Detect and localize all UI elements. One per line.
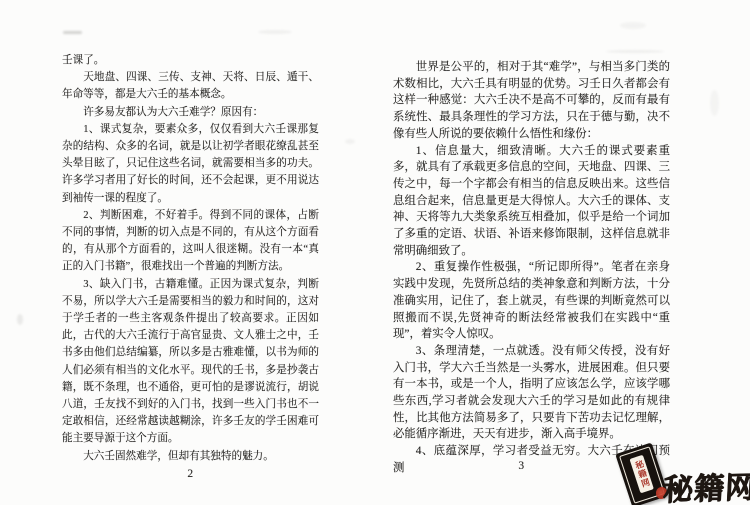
- paragraph: 1、课式复杂，要素众多，仅仅看到大六壬课那复杂的结构、众多的名词，就是以让初学者…: [62, 121, 319, 207]
- paragraph: 3、条理清楚，一点就透。没有师父传授，没有好入门书，学大六壬当然是一头雾水，进展…: [393, 343, 670, 443]
- right-page-text: 世界是公平的，相对于其“难学”，与相当多门类的术数相比，大六壬具有明显的优势。习…: [393, 59, 670, 477]
- paragraph: 1、信息量大，细致清晰。大六壬的课式要素重多，就具有了承载更多信息的空间，天地盘…: [393, 143, 670, 260]
- left-page-text: 壬课了。天地盘、四课、三传、支神、天将、日辰、遁干、年命等等，都是大六壬的基本概…: [62, 52, 319, 465]
- right-page-number: 3: [393, 460, 650, 472]
- paragraph: 大六壬固然难学，但却有其独特的魅力。: [62, 448, 319, 465]
- scan-smudge: [345, 139, 355, 144]
- watermark-site-name: 秘籍网: [662, 461, 750, 505]
- paragraph: 2、重复操作性极强，“所记即所得”。笔者在亲身实践中发现，先贤所总结的类神象意和…: [393, 259, 670, 343]
- scan-smudge: [620, 22, 646, 29]
- scan-smudge: [606, 50, 664, 53]
- paragraph: 壬课了。: [62, 52, 319, 69]
- scan-smudge: [710, 90, 719, 116]
- scan-smudge: [258, 30, 292, 34]
- paragraph: 许多易友都认为大六壬难学？原因有：: [62, 104, 319, 121]
- scanned-book-spread: { "book": { "subject": "大六壬", "left_page…: [0, 0, 750, 505]
- scan-smudge: [63, 31, 82, 34]
- paragraph: 天地盘、四课、三传、支神、天将、日辰、遁干、年命等等，都是大六壬的基本概念。: [62, 69, 319, 103]
- paragraph: 3、缺入门书，古籍难懂。正因为课式复杂，判断不易，所以学大六壬是需要相当的毅力和…: [62, 276, 319, 448]
- left-page-number: 2: [62, 468, 319, 480]
- paragraph: 2、判断困难，不好着手。得到不同的课体，占断不同的事情，判断的切入点是不同的，有…: [62, 207, 319, 276]
- scan-smudge: [17, 314, 23, 325]
- paragraph: 世界是公平的，相对于其“难学”，与相当多门类的术数相比，大六壬具有明显的优势。习…: [393, 59, 670, 143]
